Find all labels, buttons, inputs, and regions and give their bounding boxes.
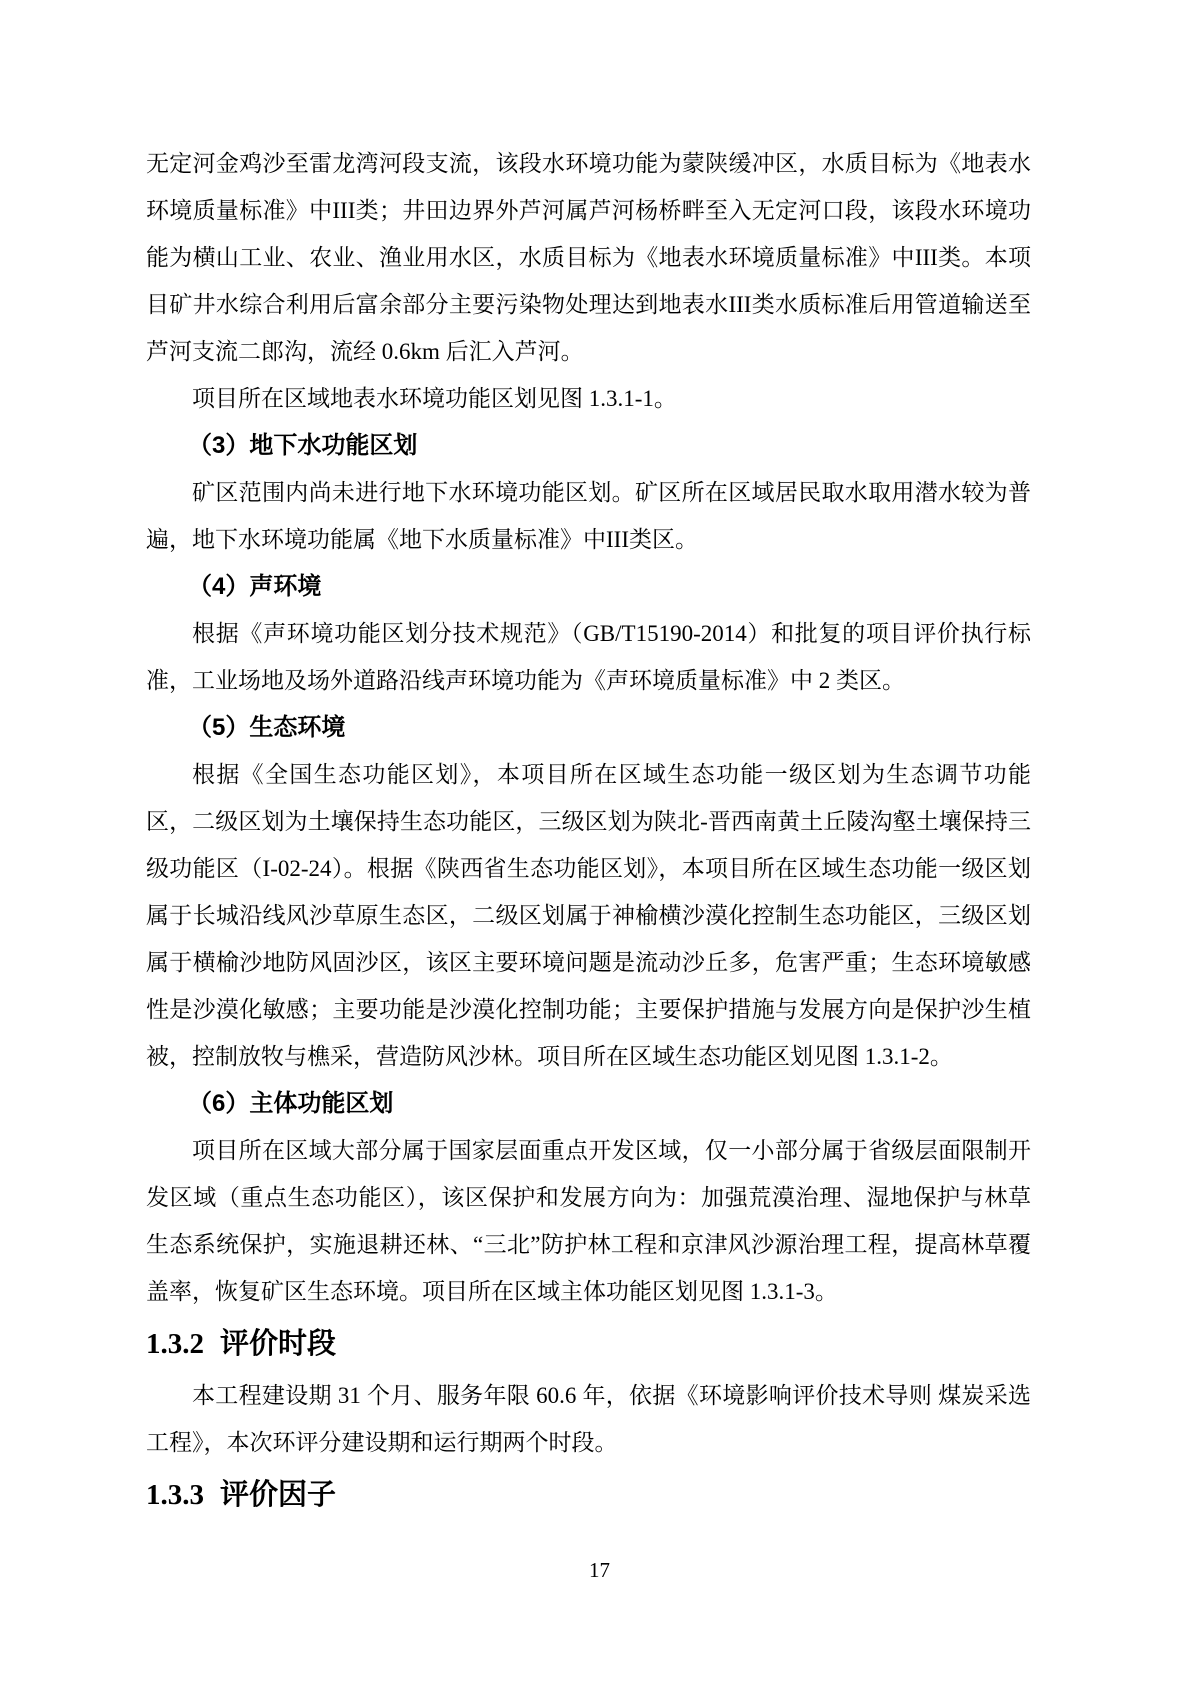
section-title: 评价因子	[220, 1479, 336, 1511]
page-body: 无定河金鸡沙至雷龙湾河段支流，该段水环境功能为蒙陕缓冲区，水质目标为《地表水环境…	[146, 140, 1031, 1523]
section-number: 1.3.3	[146, 1479, 204, 1511]
heading-acoustic-environment: （4）声环境	[146, 563, 1031, 610]
document-page: { "page": { "background": "#ffffff", "te…	[0, 0, 1199, 1696]
heading-groundwater-function-zoning: （3）地下水功能区划	[146, 422, 1031, 469]
section-title: 评价时段	[220, 1328, 336, 1360]
paragraph-surface-water-figure-ref: 项目所在区域地表水环境功能区划见图 1.3.1-1。	[146, 375, 1031, 422]
paragraph-main-function-zoning: 项目所在区域大部分属于国家层面重点开发区域，仅一小部分属于省级层面限制开发区域（…	[146, 1127, 1031, 1315]
paragraph-ecological-environment: 根据《全国生态功能区划》，本项目所在区域生态功能一级区划为生态调节功能区，二级区…	[146, 751, 1031, 1080]
heading-ecological-environment: （5）生态环境	[146, 704, 1031, 751]
section-heading-1-3-2: 1.3.2评价时段	[146, 1321, 1031, 1368]
paragraph-groundwater: 矿区范围内尚未进行地下水环境功能区划。矿区所在区域居民取水取用潜水较为普遍，地下…	[146, 469, 1031, 563]
paragraph-assessment-period: 本工程建设期 31 个月、服务年限 60.6 年，依据《环境影响评价技术导则 煤…	[146, 1372, 1031, 1466]
paragraph-surface-water: 无定河金鸡沙至雷龙湾河段支流，该段水环境功能为蒙陕缓冲区，水质目标为《地表水环境…	[146, 140, 1031, 375]
section-heading-1-3-3: 1.3.3评价因子	[146, 1472, 1031, 1519]
page-footer: 17	[0, 1558, 1199, 1583]
page-number: 17	[589, 1558, 610, 1582]
section-number: 1.3.2	[146, 1328, 204, 1360]
heading-main-function-zoning: （6）主体功能区划	[146, 1080, 1031, 1127]
paragraph-acoustic-environment: 根据《声环境功能区划分技术规范》（GB/T15190-2014）和批复的项目评价…	[146, 610, 1031, 704]
